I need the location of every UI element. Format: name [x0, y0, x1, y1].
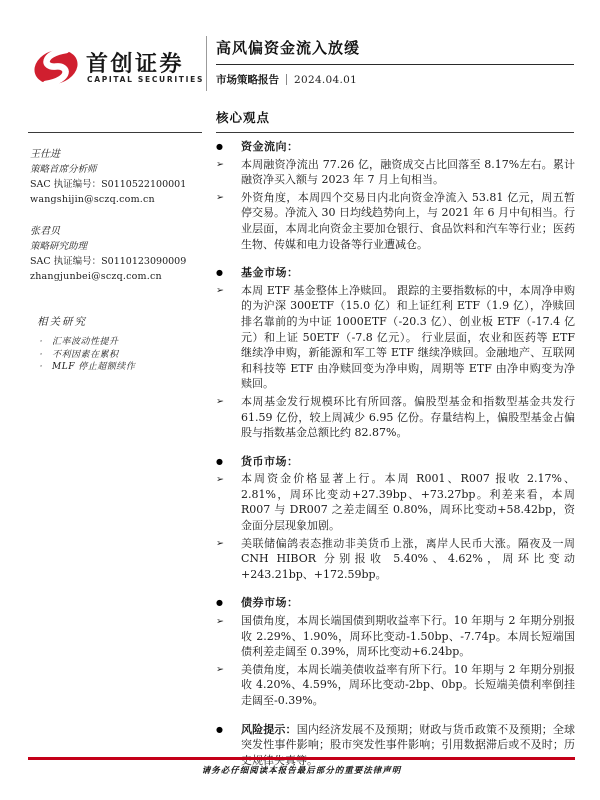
section-bond-market: ● 债券市场： ➢ 国债角度，本周长端国债到期收益率下行。10 年期与 2 年期…	[216, 595, 575, 708]
related-research-heading: 相关研究	[30, 315, 204, 330]
footer-red-rule	[28, 757, 575, 760]
analyst-role: 策略研究助理	[30, 239, 204, 254]
point-text: 本周资金价格显著上行。本周 R001、R007 报收 2.17%、2.81%，周…	[241, 471, 575, 533]
bullet-point: ➢ 美债角度，本周长端美债收益率有所下行。10 年期与 2 年期分别报收 4.2…	[216, 662, 575, 709]
brand-name-en: CAPITAL SECURITIES	[87, 75, 204, 84]
analyst-sac-number: SAC 执证编号：S0110123090009	[30, 254, 204, 269]
related-research-title: 不利因素在累积	[52, 349, 204, 362]
brand-name-cn: 首创证券	[86, 47, 184, 78]
analyst-name: 张君贝	[30, 224, 204, 239]
bullet-point: ➢ 本周融资净流出 77.26 亿，融资成交占比回落至 8.17%左右。累计融资…	[216, 157, 575, 188]
arrow-bullet-icon: ➢	[216, 190, 224, 206]
bullet-point: ➢ 外资角度，本周四个交易日内北向资金净流入 53.81 亿元，周五暂停交易。净…	[216, 190, 575, 252]
capital-securities-logo-icon	[32, 43, 80, 91]
core-views-heading: 核心观点	[216, 108, 270, 126]
arrow-bullet-icon: ➢	[216, 157, 224, 173]
related-research-title: 汇率波动性提升	[52, 336, 204, 349]
section-bullet-icon: ●	[216, 139, 241, 155]
sidebar-top-rule	[28, 132, 202, 133]
related-research-title: MLF 停止超额续作	[52, 361, 204, 374]
bullet-point: ➢ 本周 ETF 基金整体上净赎回。 跟踪的主要指数标的中，本周净申购的为沪深 …	[216, 283, 575, 392]
analyst-sac-number: SAC 执证编号：S0110522100001	[30, 177, 204, 192]
point-text: 本周融资净流出 77.26 亿，融资成交占比回落至 8.17%左右。累计融资净买…	[241, 157, 575, 188]
related-research: 相关研究 · 汇率波动性提升 · 不利因素在累积 · MLF 停止超额续作	[30, 315, 204, 374]
section-funds-flow: ● 资金流向： ➢ 本周融资净流出 77.26 亿，融资成交占比回落至 8.17…	[216, 139, 575, 252]
section-title: 债券市场：	[241, 595, 299, 611]
analyst-sidebar: 王仕进 策略首席分析师 SAC 执证编号：S0110522100001 wang…	[30, 147, 204, 374]
arrow-bullet-icon: ➢	[216, 472, 224, 488]
content-top-rule	[216, 132, 574, 133]
bullet-point: ➢ 本周资金价格显著上行。本周 R001、R007 报收 2.17%、2.81%…	[216, 471, 575, 533]
report-date: 2024.04.01	[294, 74, 357, 86]
dot-bullet-icon: ·	[30, 336, 52, 349]
arrow-bullet-icon: ➢	[216, 662, 224, 678]
bullet-point: ➢ 美联储偏鸽表态推动非美货币上涨，离岸人民币大涨。隔夜及一周 CNH HIBO…	[216, 536, 575, 583]
section-bullet-icon: ●	[216, 722, 241, 769]
section-title: 基金市场：	[241, 265, 299, 281]
report-title: 高风偏资金流入放缓	[216, 37, 360, 58]
report-type: 市场策略报告	[216, 72, 279, 87]
section-fund-market: ● 基金市场： ➢ 本周 ETF 基金整体上净赎回。 跟踪的主要指数标的中，本周…	[216, 265, 575, 441]
point-text: 本周基金发行规模环比有所回落。偏股型基金和指数型基金共发行 61.59 亿份，较…	[241, 394, 575, 441]
meta-separator	[286, 74, 287, 85]
dot-bullet-icon: ·	[30, 361, 52, 374]
section-money-market: ● 货币市场： ➢ 本周资金价格显著上行。本周 R001、R007 报收 2.1…	[216, 454, 575, 583]
dot-bullet-icon: ·	[30, 349, 52, 362]
core-views-body: ● 资金流向： ➢ 本周融资净流出 77.26 亿，融资成交占比回落至 8.17…	[216, 139, 575, 781]
analyst-role: 策略首席分析师	[30, 162, 204, 177]
analyst-block: 张君贝 策略研究助理 SAC 执证编号：S0110123090009 zhang…	[30, 224, 204, 284]
report-page: 首创证券 CAPITAL SECURITIES 高风偏资金流入放缓 市场策略报告…	[0, 0, 600, 800]
point-text: 美债角度，本周长端美债收益率有所下行。10 年期与 2 年期分别报收 4.20%…	[241, 662, 575, 709]
section-title: 资金流向：	[241, 139, 299, 155]
section-bullet-icon: ●	[216, 595, 241, 611]
header-divider	[206, 36, 207, 91]
arrow-bullet-icon: ➢	[216, 614, 224, 630]
analyst-block: 王仕进 策略首席分析师 SAC 执证编号：S0110522100001 wang…	[30, 147, 204, 207]
related-research-item: · 不利因素在累积	[30, 349, 204, 362]
point-text: 外资角度，本周四个交易日内北向资金净流入 53.81 亿元，周五暂停交易。净流入…	[241, 190, 575, 252]
section-bullet-icon: ●	[216, 454, 241, 470]
related-research-item: · 汇率波动性提升	[30, 336, 204, 349]
legal-disclaimer: 请务必仔细阅读本报告最后部分的重要法律声明	[28, 764, 575, 776]
analyst-name: 王仕进	[30, 147, 204, 162]
related-research-item: · MLF 停止超额续作	[30, 361, 204, 374]
analyst-email: zhangjunbei@sczq.com.cn	[30, 269, 204, 284]
point-text: 国债角度，本周长端国债到期收益率下行。10 年期与 2 年期分别报收 2.29%…	[241, 613, 575, 660]
analyst-email: wangshijin@sczq.com.cn	[30, 192, 204, 207]
bullet-point: ➢ 国债角度，本周长端国债到期收益率下行。10 年期与 2 年期分别报收 2.2…	[216, 613, 575, 660]
title-underline	[216, 64, 574, 65]
bullet-point: ➢ 本周基金发行规模环比有所回落。偏股型基金和指数型基金共发行 61.59 亿份…	[216, 394, 575, 441]
arrow-bullet-icon: ➢	[216, 394, 224, 410]
point-text: 本周 ETF 基金整体上净赎回。 跟踪的主要指数标的中，本周净申购的为沪深 30…	[241, 283, 575, 392]
section-risk-notice: ● 风险提示：国内经济发展不及预期；财政与货币政策不及预期；全球突发性事件影响；…	[216, 722, 575, 769]
section-bullet-icon: ●	[216, 265, 241, 281]
arrow-bullet-icon: ➢	[216, 283, 224, 299]
point-text: 美联储偏鸽表态推动非美货币上涨，离岸人民币大涨。隔夜及一周 CNH HIBOR …	[241, 536, 575, 583]
risk-label: 风险提示：	[241, 723, 297, 736]
section-title: 货币市场：	[241, 454, 299, 470]
report-meta: 市场策略报告 2024.04.01	[216, 72, 357, 87]
arrow-bullet-icon: ➢	[216, 536, 224, 552]
